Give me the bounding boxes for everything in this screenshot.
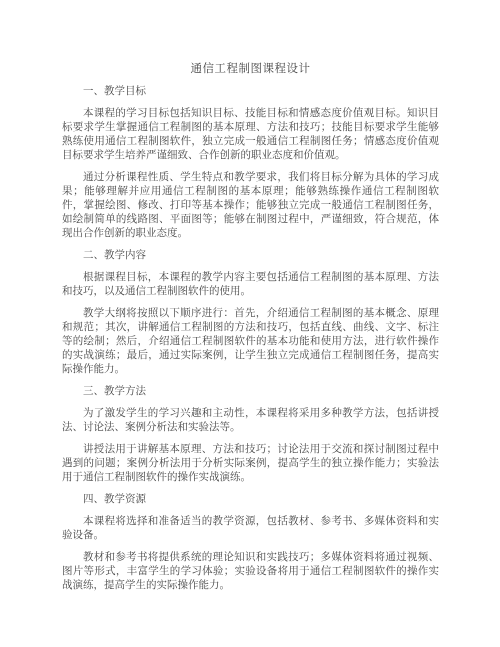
paragraph: 通过分析课程性质、学生特点和教学要求，我们将目标分解为具体的学习成果；能够理解并…: [62, 171, 439, 241]
paragraph: 根据课程目标，本课程的教学内容主要包括通信工程制图的基本原理、方法和技巧，以及通…: [62, 271, 439, 299]
document-section: 四、教学资源本课程将选择和准备适当的教学资源，包括教材、参考书、多媒体资料和实验…: [62, 493, 439, 593]
paragraph: 本课程将选择和准备适当的教学资源，包括教材、参考书、多媒体资料和实验设备。: [62, 515, 439, 543]
document-section: 二、教学内容根据课程目标，本课程的教学内容主要包括通信工程制图的基本原理、方法和…: [62, 249, 439, 377]
document-sections: 一、教学目标本课程的学习目标包括知识目标、技能目标和情感态度价值观目标。知识目标…: [62, 85, 439, 593]
section-heading: 二、教学内容: [62, 249, 439, 263]
paragraph: 教材和参考书将提供系统的理论知识和实践技巧；多媒体资料将通过视频、图片等形式，丰…: [62, 551, 439, 593]
paragraph: 讲授法用于讲解基本原理、方法和技巧；讨论法用于交流和探讨制图过程中遇到的问题；案…: [62, 443, 439, 485]
section-heading: 三、教学方法: [62, 385, 439, 399]
document-section: 一、教学目标本课程的学习目标包括知识目标、技能目标和情感态度价值观目标。知识目标…: [62, 85, 439, 241]
section-heading: 一、教学目标: [62, 85, 439, 99]
paragraph: 为了激发学生的学习兴趣和主动性，本课程将采用多种教学方法，包括讲授法、讨论法、案…: [62, 407, 439, 435]
document-section: 三、教学方法为了激发学生的学习兴趣和主动性，本课程将采用多种教学方法，包括讲授法…: [62, 385, 439, 485]
paragraph: 本课程的学习目标包括知识目标、技能目标和情感态度价值观目标。知识目标要求学生掌握…: [62, 107, 439, 163]
document-page: 通信工程制图课程设计 一、教学目标本课程的学习目标包括知识目标、技能目标和情感态…: [0, 0, 500, 647]
section-heading: 四、教学资源: [62, 493, 439, 507]
paragraph: 教学大纲将按照以下顺序进行：首先，介绍通信工程制图的基本概念、原理和规范；其次，…: [62, 307, 439, 377]
document-title: 通信工程制图课程设计: [62, 62, 439, 76]
